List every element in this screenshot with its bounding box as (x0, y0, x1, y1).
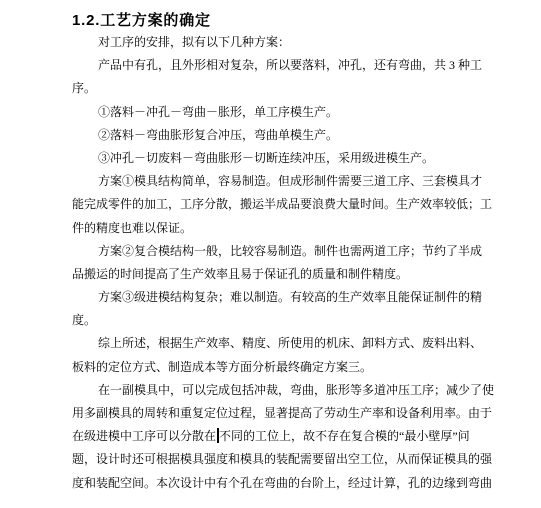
section-heading[interactable]: 1.2.工艺方案的确定 (72, 9, 211, 30)
text-line[interactable]: 度和装配空间。本次设计中有个孔在弯曲的台阶上，经过计算，孔的边缘到弯曲 (72, 472, 496, 495)
text-line[interactable]: 题，设计时还可根据模具强度和模具的装配需要留出空工位，从而保证模具的强 (72, 448, 496, 471)
text-line[interactable]: 方案③级进模结构复杂；难以制造。有较高的生产效率且能保证制件的精 (72, 286, 496, 309)
text-line[interactable]: 能完成零件的加工，工序分散，搬运半成品要浪费大量时间。生产效率较低；工 (72, 193, 496, 216)
text-line[interactable]: ③冲孔－切废料－弯曲胀形－切断连续冲压，采用级进模生产。 (72, 147, 496, 170)
text-line-with-caret[interactable]: 在级进模中工序可以分散在不同的工位上，故不存在复合模的“最小壁厚”问 (72, 425, 496, 448)
text-after-caret: 不同的工位上，故不存在复合模的“最小壁厚”问 (219, 429, 470, 443)
document-body: 对工序的安排，拟有以下几种方案： 产品中有孔，且外形相对复杂，所以要落料，冲孔，… (72, 31, 496, 495)
text-line[interactable]: 板料的定位方式、制造成本等方面分析最终确定方案三。 (72, 356, 496, 379)
text-line[interactable]: 综上所述，根据生产效率、精度、所使用的机床、卸料方式、废料出料、 (72, 332, 496, 355)
text-line[interactable]: 方案①模具结构简单，容易制造。但成形制件需要三道工序、三套模具才 (72, 170, 496, 193)
text-line[interactable]: 用多副模具的周转和重复定位过程，显著提高了劳动生产率和设备利用率。由于 (72, 402, 496, 425)
text-line[interactable]: 件的精度也难以保证。 (72, 217, 496, 240)
text-line[interactable]: 产品中有孔，且外形相对复杂，所以要落料，冲孔，还有弯曲，共 3 种工 (72, 54, 496, 77)
text-line[interactable]: 方案②复合模结构一般，比较容易制造。制件也需两道工序；节约了半成 (72, 240, 496, 263)
text-line[interactable]: 在一副模具中，可以完成包括冲裁，弯曲，胀形等多道冲压工序；减少了使 (72, 379, 496, 402)
text-before-caret: 在级进模中工序可以分散在 (72, 429, 216, 443)
text-line[interactable]: 品搬运的时间提高了生产效率且易于保证孔的质量和制件精度。 (72, 263, 496, 286)
text-line[interactable]: ②落料－弯曲胀形复合冲压，弯曲单模生产。 (72, 124, 496, 147)
document-page[interactable]: 1.2.工艺方案的确定 对工序的安排，拟有以下几种方案： 产品中有孔，且外形相对… (0, 0, 541, 508)
text-line[interactable]: 对工序的安排，拟有以下几种方案： (72, 31, 496, 54)
text-line[interactable]: 序。 (72, 77, 496, 100)
text-line[interactable]: 度。 (72, 309, 496, 332)
text-line[interactable]: ①落料－冲孔－弯曲－胀形，单工序模生产。 (72, 101, 496, 124)
